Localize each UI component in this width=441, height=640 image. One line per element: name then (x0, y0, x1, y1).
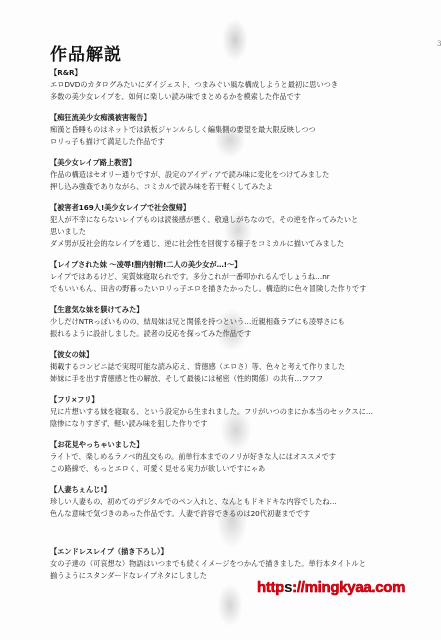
section-girlfriends-sister: 【彼女の妹】 掲載するコンビニ誌で実現可能な読み応え、背徳感（エロさ）等、色々と… (50, 349, 430, 385)
section-furi-furi: 【フリ×フリ】 兄に片想いする妹を寝取る、という設定から生まれました。フリがいつ… (50, 394, 430, 430)
watermark-dark-letter: s (284, 579, 292, 596)
section-heading: 【彼女の妹】 (50, 349, 430, 361)
section-heading: 【人妻ちぇんじ!】 (50, 484, 430, 496)
section-heading: 【R&R】 (50, 67, 430, 79)
section-text: でもいいもん、田舎の野暮ったいロリっ子エロを描きたかったし。構造的に色々冒険した… (50, 283, 430, 295)
section-heading: 【フリ×フリ】 (50, 394, 430, 406)
section-text: 押し込み強姦でありながら、コミカルで読み味を若干軽くしてみたよ (50, 181, 430, 193)
section-heading: 【お花見やっちゃいました】 (50, 439, 430, 451)
section-heading: 【エンドレスレイプ（描き下ろし）】 (50, 546, 430, 558)
section-text: ロリっ子も描けて満足した作品です (50, 136, 430, 148)
section-text: 思いました (50, 226, 430, 238)
section-r-and-r: 【R&R】 エロDVDのカタログみたいにダイジェスト、つまみぐい風な構成しようと… (50, 67, 430, 103)
section-text: エロDVDのカタログみたいにダイジェスト、つまみぐい風な構成しようと最初に思いつ… (50, 79, 430, 91)
section-heading: 【生意気な妹を躾けてみた】 (50, 304, 430, 316)
commentary-list: 【R&R】 エロDVDのカタログみたいにダイジェスト、つまみぐい風な構成しようと… (50, 67, 430, 591)
section-little-sister: 【レイプされた妹 〜凌辱!膣内射精!二人の美少女が…!〜】 レイプではあるけど、… (50, 259, 430, 295)
section-text: 陰惨になりすぎず、軽い読み味を狙した作りです (50, 418, 430, 430)
section-road-lesson: 【美少女レイプ路上教習】 作品の構造はセオリー通りですが、設定のアイディアで読み… (50, 157, 430, 193)
section-text: 多数の美少女レイプを、如何に楽しい読み味でまとめるかを模索した作品です (50, 91, 430, 103)
section-ohanami: 【お花見やっちゃいました】 ライトで、楽しめるラノベ的乱交もの。前単行本までのノ… (50, 439, 430, 475)
page-number: 3 (437, 40, 441, 48)
section-hitozuma-change: 【人妻ちぇんじ!】 珍しい人妻もの、初めてのデジタルでのペン入れと、なんともドキ… (50, 484, 430, 520)
section-text: 色んな意味で気づきのあった作品です。人妻で許容できるのは20代初妻までです (50, 508, 430, 520)
watermark-prefix: http (257, 579, 284, 596)
watermark-suffix: ://mingkyaa.com (292, 579, 405, 596)
section-chikan-report: 【痴狂流美少女痴漢被害報告】 痴漢と昏睡ものはネットでは鉄板ジャンルらしく編集側… (50, 112, 430, 148)
section-text: 珍しい人妻もの、初めてのデジタルでのペン入れと、なんともドキドキな内容でしたね… (50, 496, 430, 508)
document-page: 3 作品解説 【R&R】 エロDVDのカタログみたいにダイジェスト、つまみぐい風… (0, 0, 441, 640)
section-heading: 【被害者169人!美少女レイプで社会復帰】 (50, 202, 430, 214)
section-cheeky-sister: 【生意気な妹を躾けてみた】 少しだけNTRっぽいものの、結局妹は兄と関係を持つと… (50, 304, 430, 340)
section-text: 振れるように設計しました。読者の反応を探ってみた作品です (50, 328, 430, 340)
section-text: 作品の構造はセオリー通りですが、設定のアイディアで読み味に変化をつけてみました (50, 169, 430, 181)
section-text: 姉妹に手を出す背徳感と性の解放、そして最後には秘密（性的関係）の共有…フフフ (50, 373, 430, 385)
section-heading: 【美少女レイプ路上教習】 (50, 157, 430, 169)
section-text: 女の子達の（可哀想な）物語はいつまでも続くイメージをつかんで描きました。単行本タ… (50, 558, 430, 570)
section-text: 少しだけNTRっぽいものの、結局妹は兄と関係を持つという…近親相姦ラブにも凌辱さ… (50, 316, 430, 328)
section-text: レイプではあるけど、実質妹寝取られです。多分これが一番叩かれるんでしょうね…nr (50, 271, 430, 283)
section-text: 兄に片想いする妹を寝取る、という設定から生まれました。フリがいつのまにか本当のセ… (50, 406, 430, 418)
section-text: ダメ男が反社会的なレイプを通じ、逆に社会性を回復する様子をコミカルに描いてみまし… (50, 238, 430, 250)
site-watermark: https://mingkyaa.com (257, 579, 405, 596)
section-text: ライトで、楽しめるラノベ的乱交もの。前単行本までのノリが好きな人にはオススメです (50, 451, 430, 463)
section-text: 痴漢と昏睡ものはネットでは鉄板ジャンルらしく編集側の要望を最大限反映しつつ (50, 124, 430, 136)
section-endless: 【エンドレスレイプ（描き下ろし）】 女の子達の（可哀想な）物語はいつまでも続くイ… (50, 546, 430, 582)
section-text: 掲載するコンビニ誌で実現可能な読み応え、背徳感（エロさ）等、色々と考えて作りまし… (50, 361, 430, 373)
section-text: この路線で、もっとエロく、可愛く見せる実力が欲しいですにゃあ (50, 463, 430, 475)
section-169-victims: 【被害者169人!美少女レイプで社会復帰】 犯人が不幸にならないレイプものは読後… (50, 202, 430, 250)
section-heading: 【レイプされた妹 〜凌辱!膣内射精!二人の美少女が…!〜】 (50, 259, 430, 271)
section-text: 犯人が不幸にならないレイプものは読後感が悪く、敬遠しがちなので、その逆を作ってみ… (50, 214, 430, 226)
section-heading: 【痴狂流美少女痴漢被害報告】 (50, 112, 430, 124)
page-title: 作品解説 (50, 40, 122, 65)
